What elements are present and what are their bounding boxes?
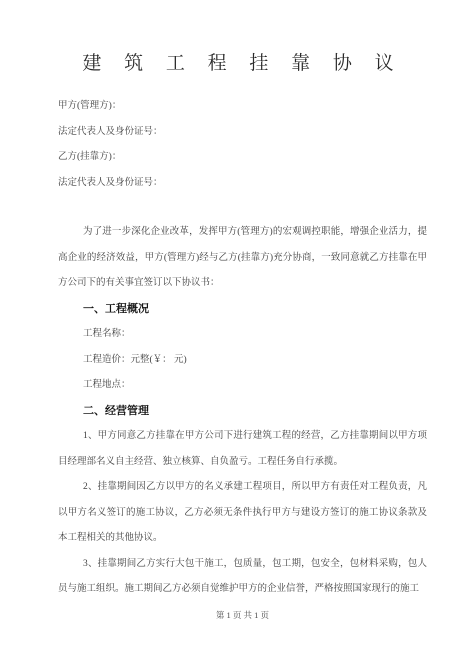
section-1-heading: 一、工程概况 <box>58 297 427 323</box>
project-name-line: 工程名称： <box>58 322 427 348</box>
preamble-paragraph: 为了进一步深化企业改革，发挥甲方(管理方)的宏观调控职能，增强企业活力，提高企业… <box>58 220 427 297</box>
section-2-heading: 二、经营管理 <box>58 399 427 425</box>
page-number-footer: 第 1 页 共 1 页 <box>58 609 427 621</box>
party-a-representative-line: 法定代表人及身份证号： <box>58 120 427 146</box>
document-page: 建 筑 工 程 挂 靠 协 议 甲方(管理方)： 法定代表人及身份证号： 乙方(… <box>0 0 463 655</box>
page-title: 建 筑 工 程 挂 靠 协 议 <box>58 50 427 78</box>
project-location-line: 工程地点： <box>58 373 427 399</box>
party-b-line: 乙方(挂靠方)： <box>58 145 427 171</box>
party-a-line: 甲方(管理方)： <box>58 94 427 120</box>
clause-1-paragraph: 1、甲方同意乙方挂靠在甲方公司下进行建筑工程的经营，乙方挂靠期间以甲方项目经理部… <box>58 424 427 475</box>
project-cost-line: 工程造价：元整(￥： 元) <box>58 348 427 374</box>
clause-3-paragraph: 3、挂靠期间乙方实行大包干施工，包质量，包工期，包安全，包材料采购，包人员与施工… <box>58 552 427 603</box>
clause-2-paragraph: 2、挂靠期间因乙方以甲方的名义承建工程项目，所以甲方有责任对工程负责，凡以甲方名… <box>58 475 427 552</box>
party-b-representative-line: 法定代表人及身份证号： <box>58 171 427 197</box>
